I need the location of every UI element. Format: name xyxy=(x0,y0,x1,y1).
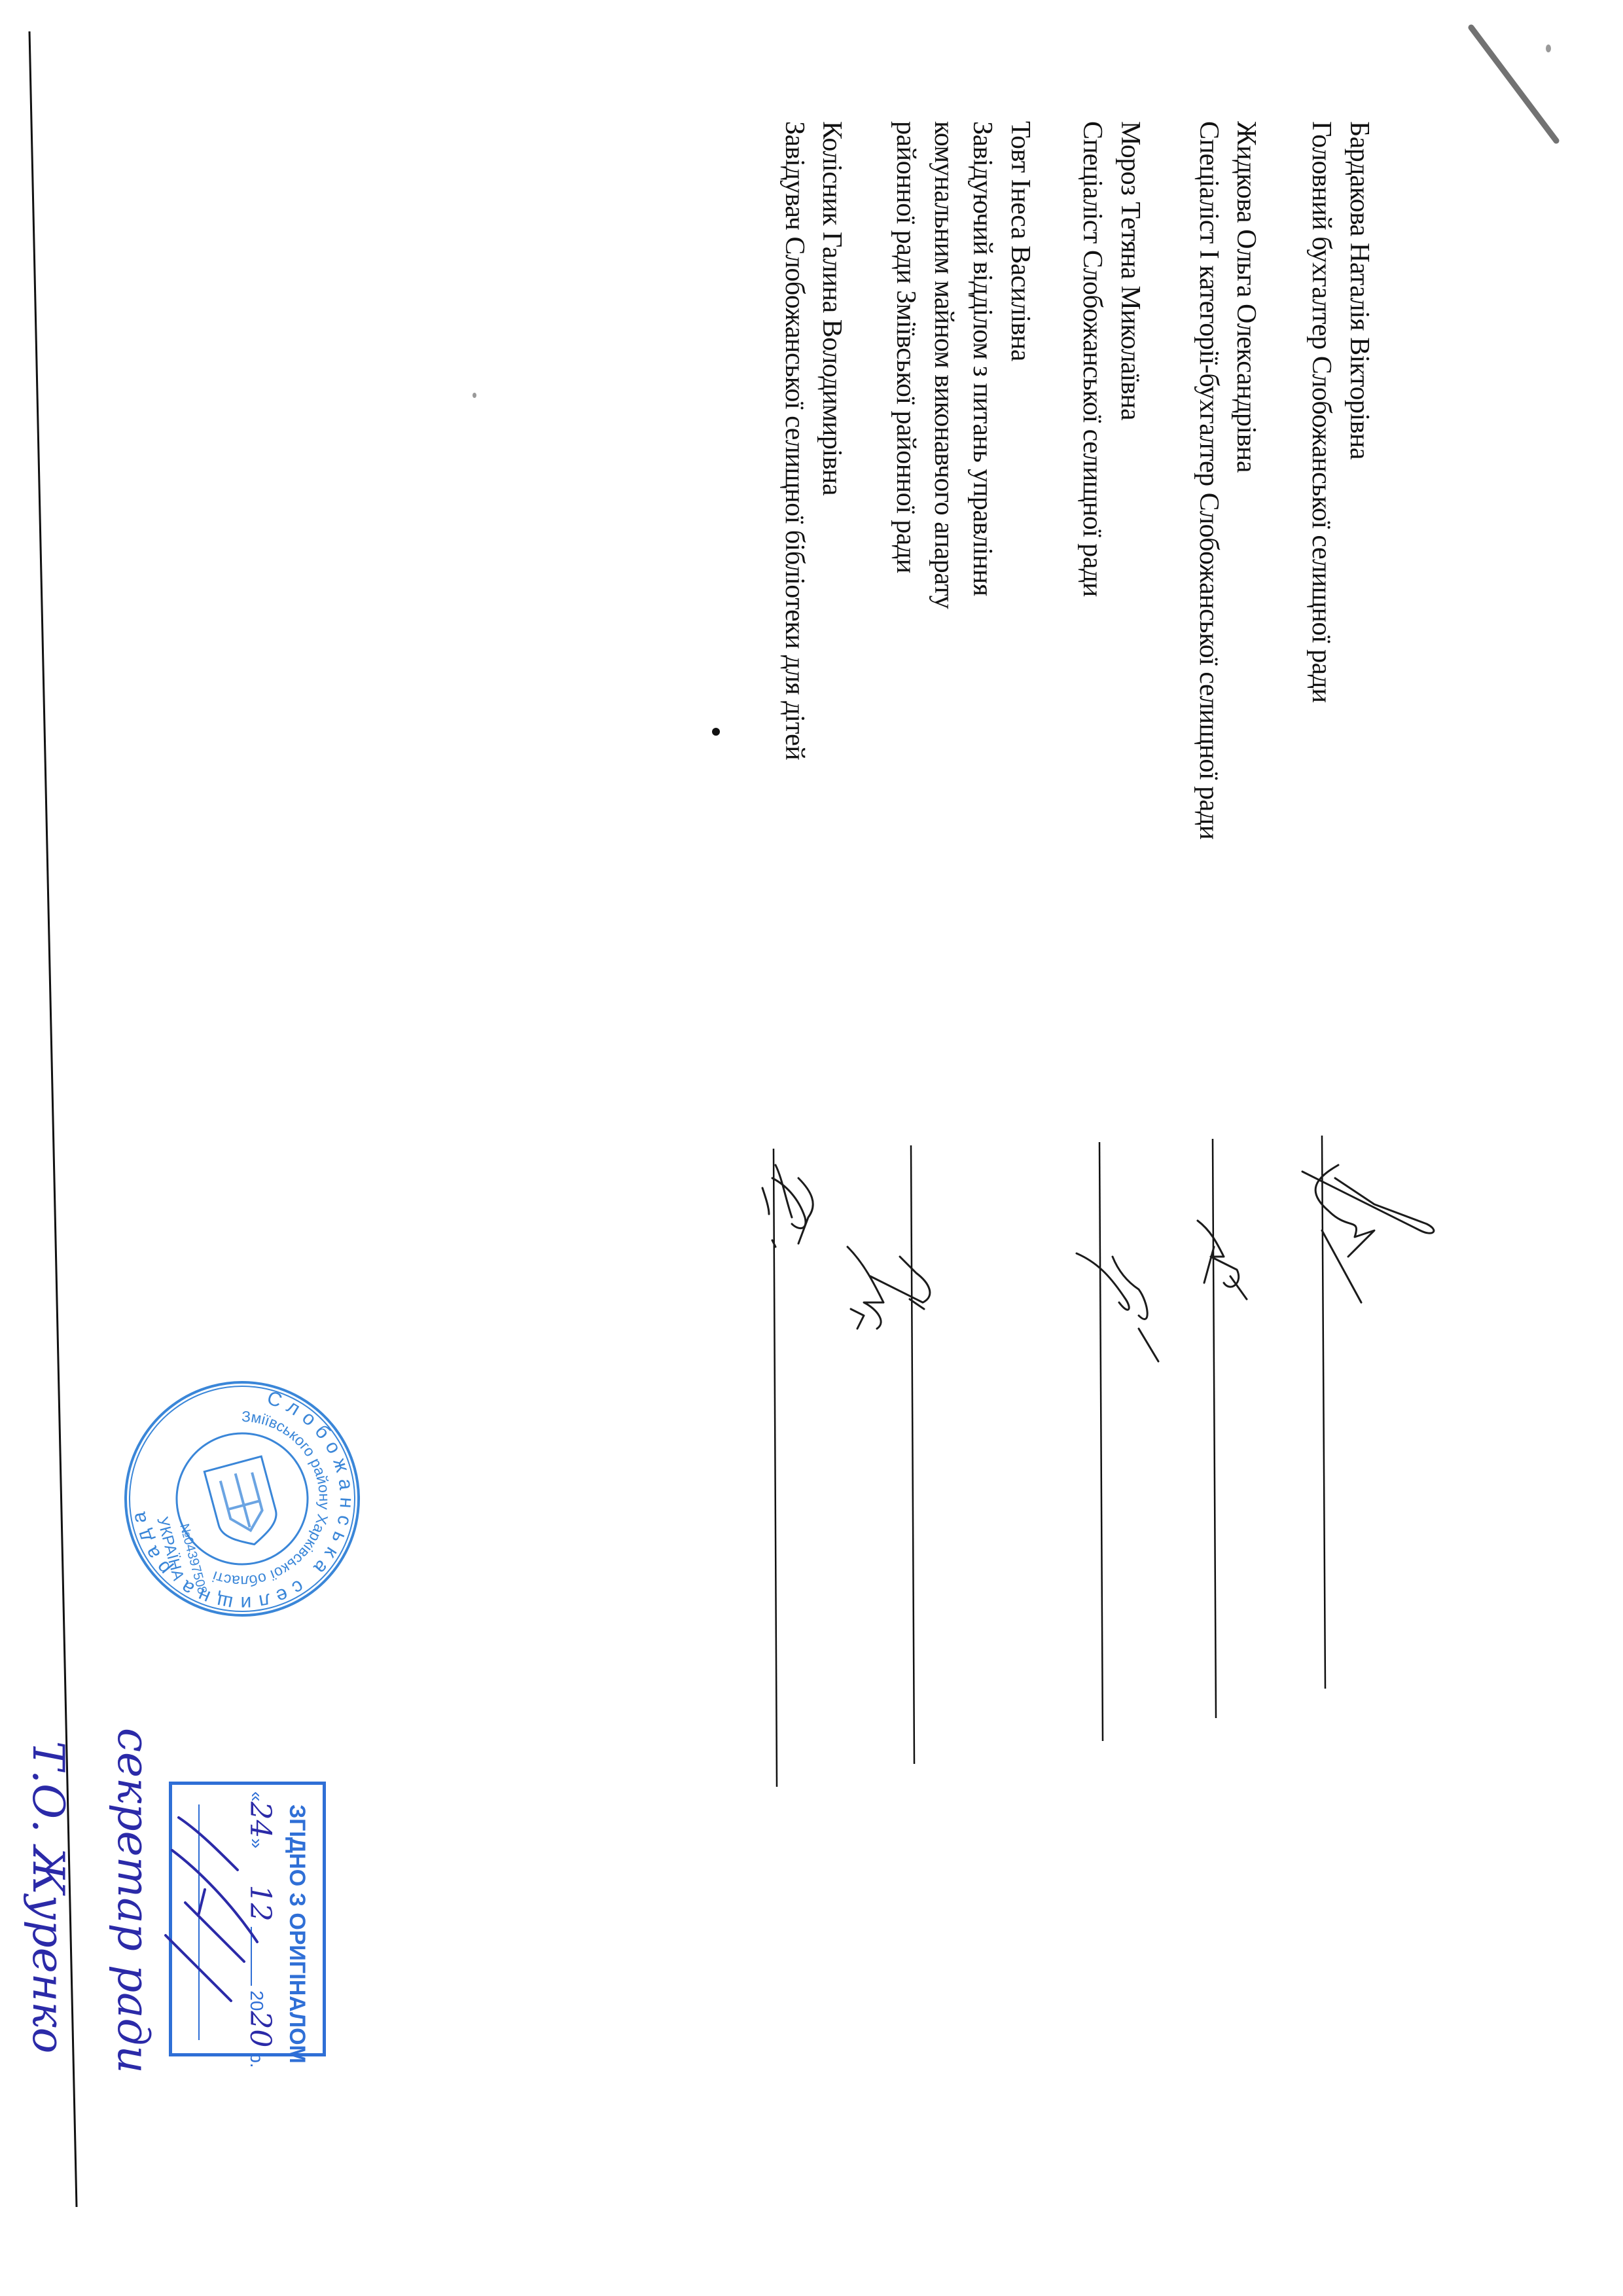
signature-5 xyxy=(762,1165,813,1247)
scan-speck xyxy=(1546,45,1551,52)
quote-open: « xyxy=(247,1791,267,1802)
handwritten-position: секретар ради xyxy=(108,1728,158,2073)
certification-stamp: ЗГІДНО З ОРИГІНАЛОМ «24» 12 2020 р. xyxy=(169,1782,326,2056)
certifier-signature xyxy=(159,1811,290,2027)
signature-4 xyxy=(847,1247,930,1329)
signature-2 xyxy=(1198,1221,1247,1299)
cert-year-unit: р. xyxy=(247,2053,267,2068)
scanned-document-page: Бардакова Наталія Вікторівна Головний бу… xyxy=(0,0,1623,2296)
handwritten-name: Т.О. Журенко xyxy=(23,1741,73,2053)
signature-1 xyxy=(1302,1165,1434,1302)
scan-speck xyxy=(473,393,476,398)
signature-3 xyxy=(1077,1253,1158,1361)
scan-speck xyxy=(712,728,720,736)
official-seal: Слобожанська селищна рада Зміївського ра… xyxy=(118,1374,366,1623)
